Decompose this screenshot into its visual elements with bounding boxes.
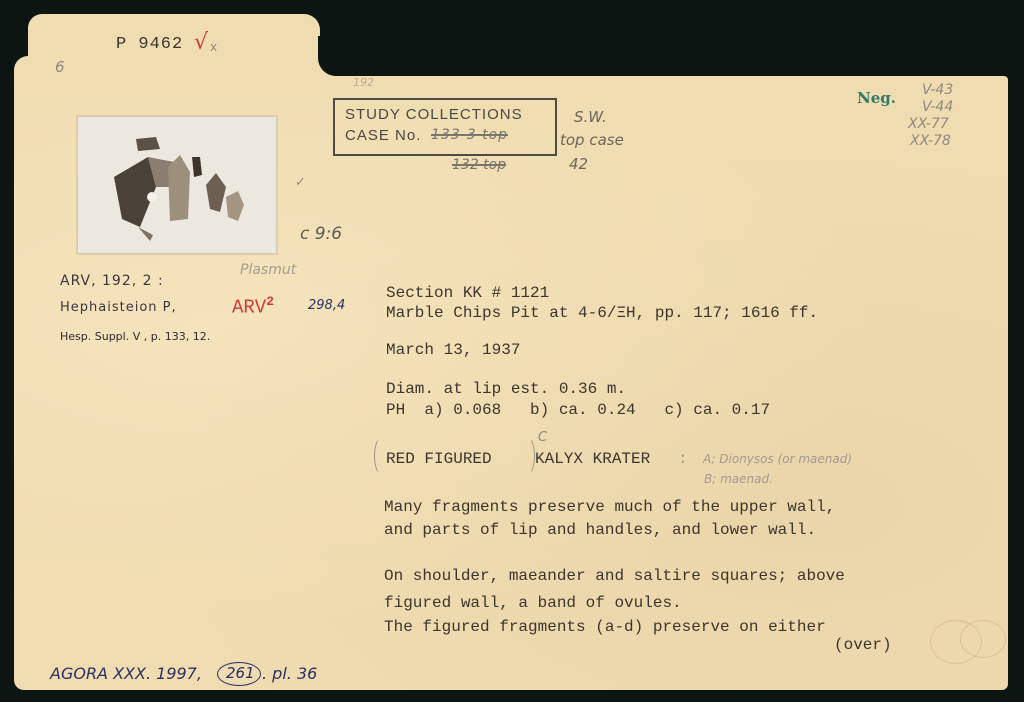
arv2-label: ARV2 xyxy=(232,294,274,318)
stamp-line2-label: CASE No. xyxy=(345,127,421,144)
arv-reference: ARV, 192, 2 : xyxy=(60,273,164,289)
description-line: and parts of lip and handles, and lower … xyxy=(384,521,816,539)
agora-publication: AGORA XXX. 1997, xyxy=(50,664,202,683)
artifact-photo xyxy=(77,116,277,254)
case-note-top-case: top case xyxy=(560,131,624,149)
x-mark: x xyxy=(210,40,217,54)
photo-caption: c 9:6 xyxy=(300,224,342,244)
case-note-sw: S.W. xyxy=(574,108,607,126)
find-date: March 13, 1937 xyxy=(386,341,520,359)
pencil-paren-close xyxy=(520,437,535,475)
hesperia-reference: Hesp. Suppl. V , p. 133, 12. xyxy=(60,330,210,343)
arv2-reference: 298,4 xyxy=(308,298,345,313)
negative-number: XX-78 xyxy=(910,133,953,150)
description-line: On shoulder, maeander and saltire square… xyxy=(384,567,845,585)
case-number-struck: 132 top xyxy=(452,157,506,173)
subject-side-a: A; Dionysos (or maenad) xyxy=(703,452,852,466)
catalog-number: P 9462 xyxy=(116,35,183,54)
find-context: Marble Chips Pit at 4-6/ΞH, pp. 117; 161… xyxy=(386,304,818,322)
negatives-label: Neg. xyxy=(857,89,896,107)
description-line: Many fragments preserve much of the uppe… xyxy=(384,498,835,516)
card-tab xyxy=(28,14,320,94)
pencil-attribution: Plasmut xyxy=(240,262,296,278)
card-tab-curve xyxy=(304,40,334,76)
spelling-correction: C xyxy=(538,430,547,445)
description-line: The figured fragments (a-d) preserve on … xyxy=(384,618,826,636)
stamp-line1: STUDY COLLECTIONS xyxy=(345,106,523,123)
pencil-note-tab: 6 xyxy=(55,58,65,76)
coffee-stain xyxy=(960,620,1006,658)
krater-fragments-image xyxy=(78,117,276,253)
negative-numbers: V-43 V-44 XX-77 XX-78 xyxy=(922,82,953,150)
ware-type: RED FIGURED xyxy=(386,450,492,468)
preserved-height: PH a) 0.068 b) ca. 0.24 c) ca. 0.17 xyxy=(386,401,770,419)
hephaisteion-painter: Hephaisteion P, xyxy=(60,300,177,315)
vessel-shape: KALYX KRATER xyxy=(535,450,650,468)
negative-number: XX-77 xyxy=(908,116,953,133)
study-collections-stamp: STUDY COLLECTIONS CASE No. 133-3 top xyxy=(333,98,557,156)
pencil-note-top: 192 xyxy=(353,76,374,89)
pencil-tick: ✓ xyxy=(295,175,306,190)
description-line: figured wall, a band of ovules. xyxy=(384,594,682,612)
subject-side-b: B; maenad. xyxy=(704,472,773,486)
publication-plate: . pl. 36 xyxy=(262,664,317,683)
publication-number: 261 xyxy=(226,664,255,682)
stamp-case-number-struck: 133-3 top xyxy=(431,127,508,143)
diameter: Diam. at lip est. 0.36 m. xyxy=(386,380,626,398)
negative-number: V-43 xyxy=(922,82,953,99)
negative-number: V-44 xyxy=(922,99,953,116)
check-mark-icon: √ xyxy=(194,30,208,55)
continued-over: (over) xyxy=(834,636,892,654)
case-note-number: 42 xyxy=(569,155,588,173)
vessel-shape-colon: : xyxy=(678,450,688,468)
section-number: Section KK # 1121 xyxy=(386,284,549,302)
